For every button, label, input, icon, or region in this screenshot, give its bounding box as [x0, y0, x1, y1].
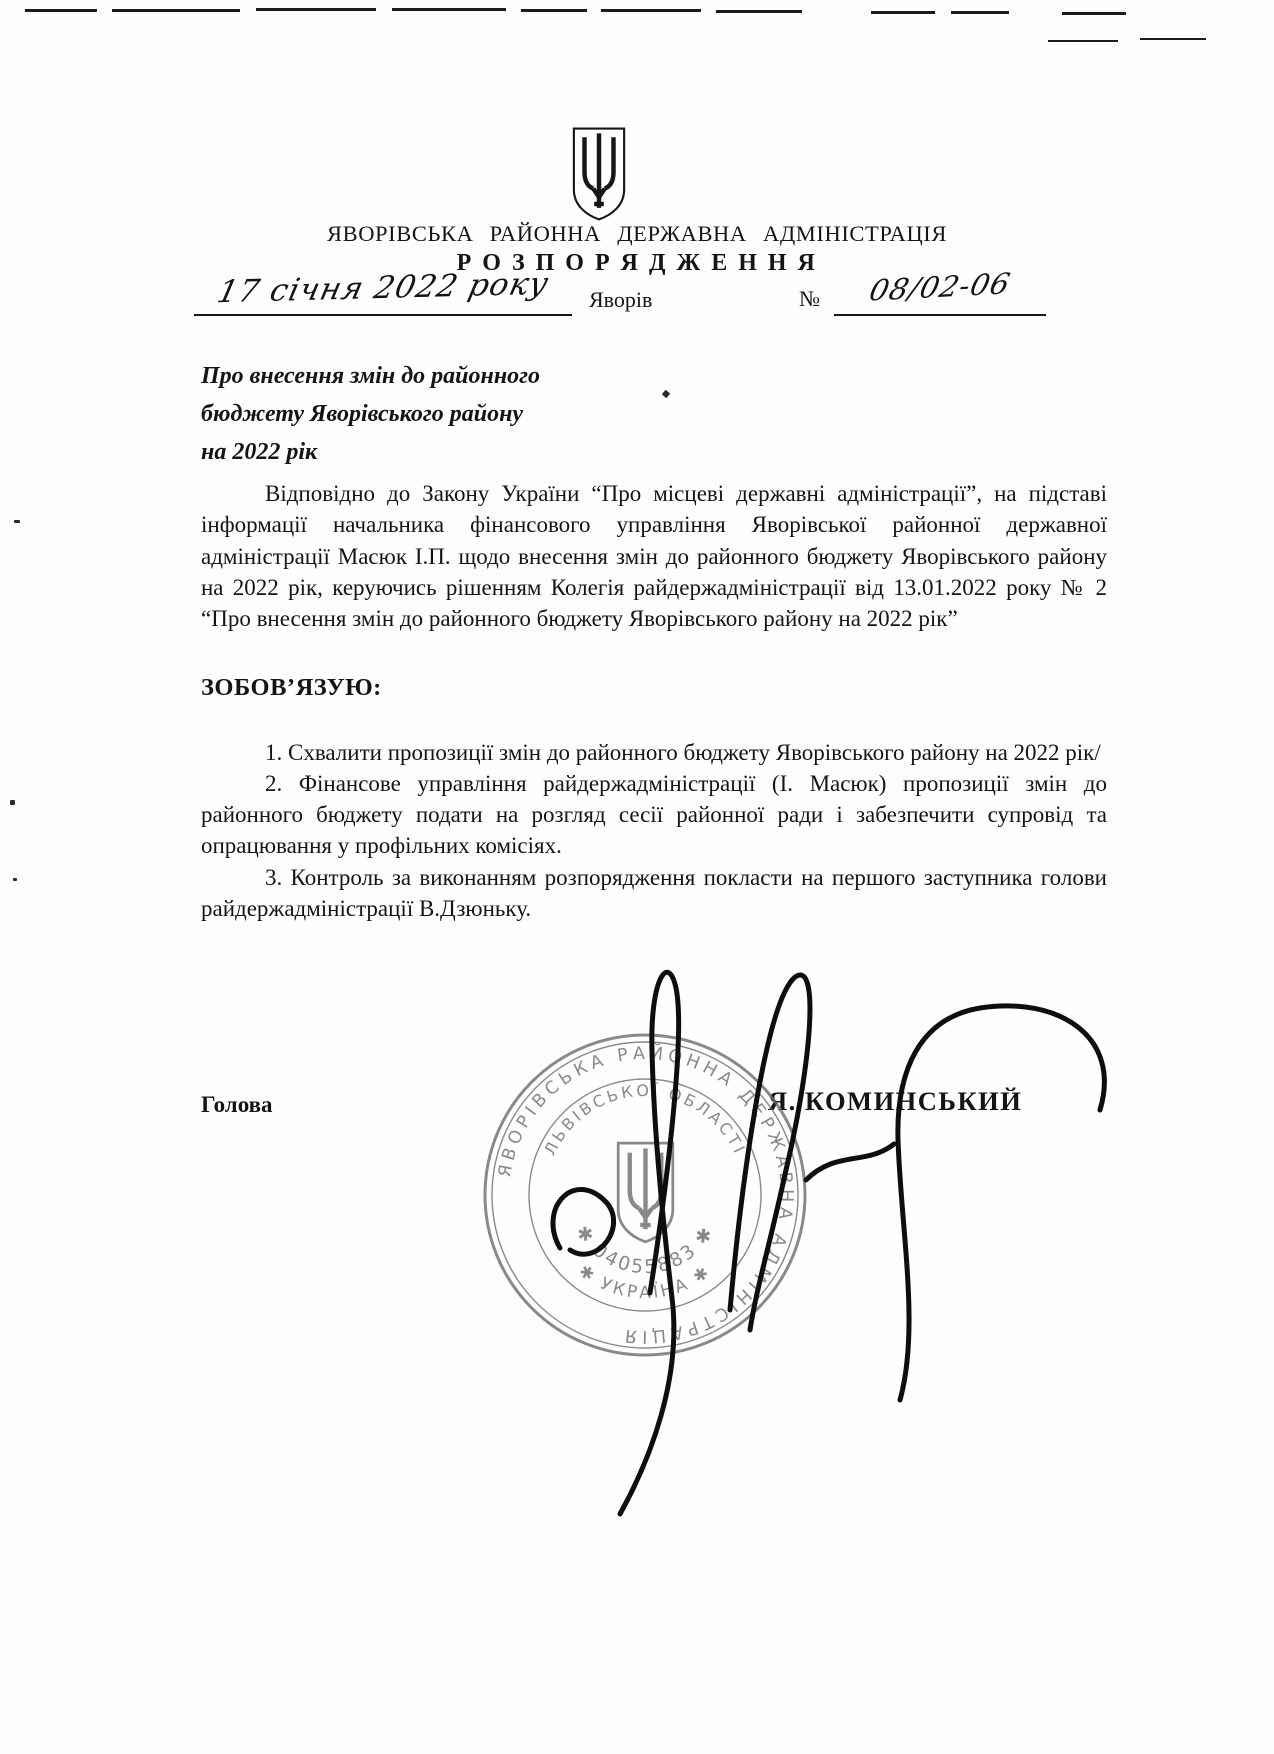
- order-item: 1. Схвалити пропозиції змін до районного…: [201, 737, 1107, 768]
- scan-artifact: [10, 800, 15, 805]
- org-name: ЯВОРІВСЬКА РАЙОННА ДЕРЖАВНА АДМІНІСТРАЦІ…: [0, 221, 1274, 247]
- handwritten-date: 17 січня 2022 року: [214, 266, 552, 311]
- scan-artifact: [14, 520, 20, 523]
- handwritten-number: 08/02-06: [866, 266, 1014, 307]
- scan-artifact: [256, 8, 376, 11]
- order-item: 3. Контроль за виконанням розпорядження …: [201, 862, 1107, 925]
- scan-artifact: [951, 11, 1009, 14]
- doc-type-title: Р О З П О Р Я Д Ж Е Н Н Я: [0, 250, 1274, 277]
- signer-role-label: Голова: [201, 1092, 273, 1118]
- scan-artifact: [13, 878, 17, 881]
- subject-block: Про внесення змін до районного бюджету Я…: [201, 358, 540, 472]
- document-body: Відповідно до Закону України “Про місцев…: [201, 478, 1107, 924]
- pen-signature: [500, 948, 1130, 1528]
- number-sign-label: №: [799, 286, 820, 312]
- order-item: 2. Фінансове управління райдержадміністр…: [201, 768, 1107, 862]
- subject-line: на 2022 рік: [201, 434, 540, 472]
- scan-artifact: [112, 9, 240, 12]
- place-label: Яворів: [589, 287, 652, 313]
- scan-artifact: [871, 11, 935, 14]
- number-field: 08/02-06: [834, 270, 1046, 316]
- scan-artifact: [1140, 38, 1206, 40]
- scan-artifact: [521, 9, 587, 12]
- subject-line: Про внесення змін до районного: [201, 358, 540, 396]
- resolve-heading: ЗОБОВ’ЯЗУЮ:: [201, 671, 1107, 704]
- scan-artifact: [601, 9, 701, 12]
- scanned-document-page: ЯВОРІВСЬКА РАЙОННА ДЕРЖАВНА АДМІНІСТРАЦІ…: [0, 0, 1274, 1754]
- scan-artifact: [392, 8, 506, 11]
- trident-emblem-icon: [570, 124, 628, 224]
- scan-artifact: [662, 390, 670, 398]
- scan-artifact: [716, 10, 802, 13]
- date-field: 17 січня 2022 року: [194, 270, 572, 316]
- scan-artifact: [25, 9, 97, 12]
- scan-artifact: [1048, 40, 1118, 42]
- scan-artifact: [1062, 12, 1126, 15]
- preamble-paragraph: Відповідно до Закону України “Про місцев…: [201, 478, 1107, 634]
- subject-line: бюджету Яворівського району: [201, 396, 540, 434]
